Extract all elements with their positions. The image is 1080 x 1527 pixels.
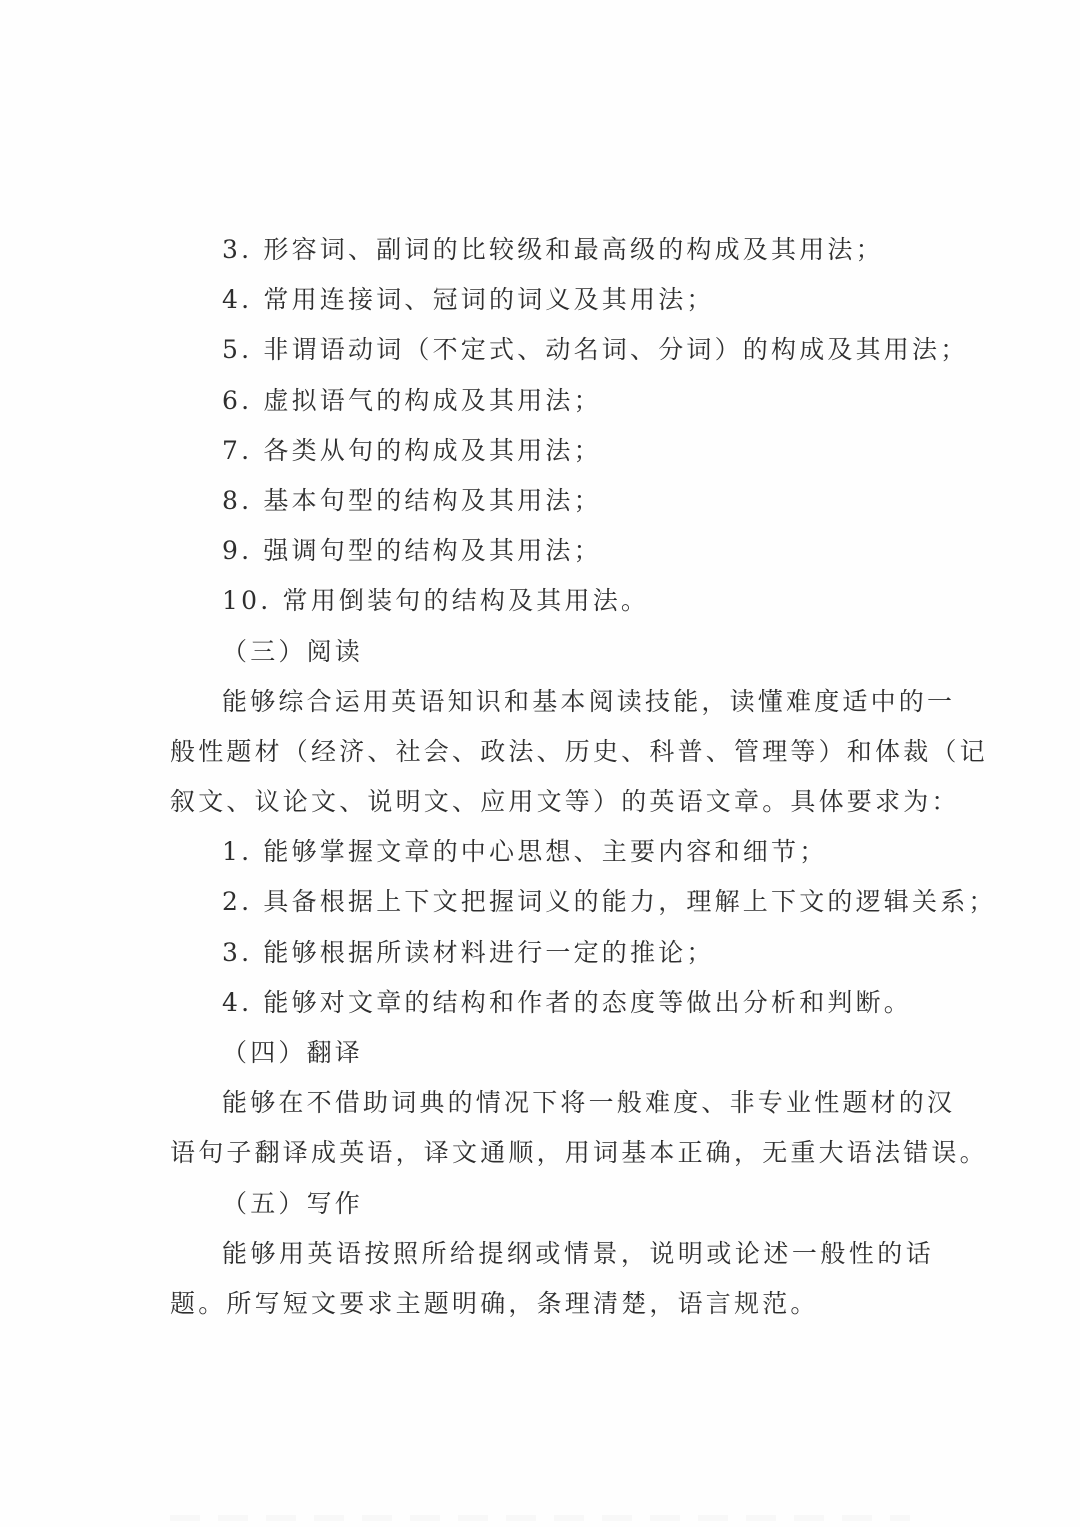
- grammar-item-3: 3. 形容词、副词的比较级和最高级的构成及其用法；: [170, 225, 934, 275]
- reading-intro-line-2: 般性题材（经济、社会、政法、历史、科普、管理等）和体裁（记: [170, 727, 934, 777]
- page-content: 3. 形容词、副词的比较级和最高级的构成及其用法； 4. 常用连接词、冠词的词义…: [170, 225, 934, 1329]
- reading-item-3: 3. 能够根据所读材料进行一定的推论；: [170, 928, 934, 978]
- grammar-item-10: 10. 常用倒装句的结构及其用法。: [170, 576, 934, 626]
- document-page: 3. 形容词、副词的比较级和最高级的构成及其用法； 4. 常用连接词、冠词的词义…: [0, 0, 1080, 1527]
- scan-bleed-through: [170, 1515, 910, 1521]
- grammar-item-7: 7. 各类从句的构成及其用法；: [170, 426, 934, 476]
- reading-item-2: 2. 具备根据上下文把握词义的能力，理解上下文的逻辑关系；: [170, 877, 934, 927]
- grammar-item-8: 8. 基本句型的结构及其用法；: [170, 476, 934, 526]
- writing-line-1: 能够用英语按照所给提纲或情景，说明或论述一般性的话: [170, 1229, 934, 1279]
- translation-line-1: 能够在不借助词典的情况下将一般难度、非专业性题材的汉: [170, 1078, 934, 1128]
- writing-line-2: 题。所写短文要求主题明确，条理清楚，语言规范。: [170, 1279, 934, 1329]
- reading-intro-line-3: 叙文、议论文、说明文、应用文等）的英语文章。具体要求为：: [170, 777, 934, 827]
- section-heading-reading: （三）阅读: [170, 627, 934, 677]
- translation-line-2: 语句子翻译成英语，译文通顺，用词基本正确，无重大语法错误。: [170, 1128, 934, 1178]
- grammar-item-6: 6. 虚拟语气的构成及其用法；: [170, 376, 934, 426]
- reading-intro-line-1: 能够综合运用英语知识和基本阅读技能，读懂难度适中的一: [170, 677, 934, 727]
- section-heading-translation: （四）翻译: [170, 1028, 934, 1078]
- reading-item-1: 1. 能够掌握文章的中心思想、主要内容和细节；: [170, 827, 934, 877]
- grammar-item-4: 4. 常用连接词、冠词的词义及其用法；: [170, 275, 934, 325]
- grammar-item-9: 9. 强调句型的结构及其用法；: [170, 526, 934, 576]
- grammar-item-5: 5. 非谓语动词（不定式、动名词、分词）的构成及其用法；: [170, 325, 934, 375]
- reading-item-4: 4. 能够对文章的结构和作者的态度等做出分析和判断。: [170, 978, 934, 1028]
- section-heading-writing: （五）写作: [170, 1179, 934, 1229]
